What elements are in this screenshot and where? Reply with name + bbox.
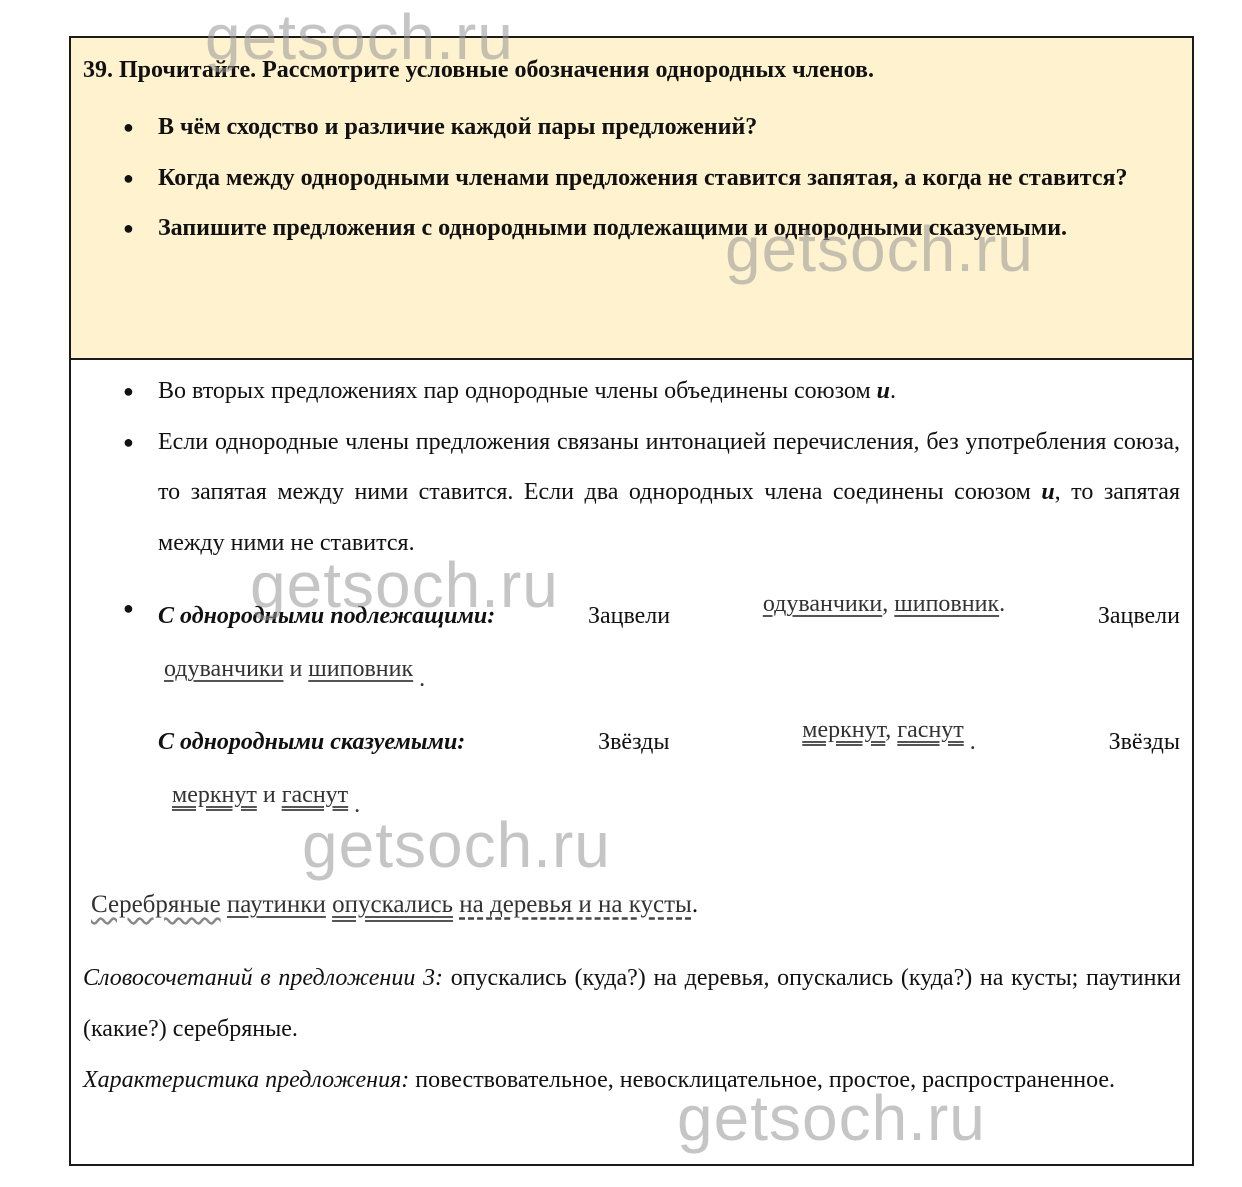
predicate-word: опускались (332, 891, 453, 918)
adverbial-phrase: на деревья и на кусты (459, 891, 692, 918)
task-title: 39. Прочитайте. Рассмотрите условные обо… (83, 52, 1180, 88)
answer-bullets: ●Во вторых предложениях пар однородные ч… (83, 366, 1180, 568)
subjects-label: С однородными подлежащими: (158, 603, 495, 629)
bullet-icon: ● (123, 102, 134, 153)
bullet-icon: ● (123, 598, 134, 619)
parsed-sentence: Серебряные паутинки опускались на деревь… (91, 891, 698, 919)
attribute-word: Серебряные (91, 891, 221, 918)
task-bullet: ●В чём сходство и различие каждой пары п… (83, 102, 1180, 153)
answer-bullet: ●Во вторых предложениях пар однородные ч… (83, 366, 1180, 417)
bullet-icon: ● (123, 366, 134, 417)
subject-word: паутинки (227, 891, 326, 918)
answer-box: ●Во вторых предложениях пар однородные ч… (71, 360, 1192, 820)
task-bullets: ●В чём сходство и различие каждой пары п… (83, 102, 1180, 254)
answer-bullet: ●Если однородные члены предложения связа… (83, 417, 1180, 569)
subjects-example: ● С однородными подлежащими: Зацвели оду… (83, 588, 1180, 694)
collocations: Словосочетаний в предложении 3: опускали… (83, 953, 1181, 1055)
predicates-example: С однородными сказуемыми: Звёзды меркнут… (83, 714, 1180, 820)
characteristic: Характеристика предложения: повествовате… (83, 1055, 1181, 1106)
exercise-frame: 39. Прочитайте. Рассмотрите условные обо… (69, 36, 1194, 1166)
bullet-icon: ● (123, 153, 134, 204)
sentence-notes: Словосочетаний в предложении 3: опускали… (83, 953, 1181, 1106)
task-bullet: ●Запишите предложения с однородными подл… (83, 203, 1180, 254)
task-box: 39. Прочитайте. Рассмотрите условные обо… (71, 38, 1192, 360)
bullet-icon: ● (123, 203, 134, 254)
bullet-icon: ● (123, 417, 134, 468)
task-bullet: ●Когда между однородными членами предлож… (83, 153, 1180, 204)
predicates-label: С однородными сказуемыми: (158, 729, 465, 755)
